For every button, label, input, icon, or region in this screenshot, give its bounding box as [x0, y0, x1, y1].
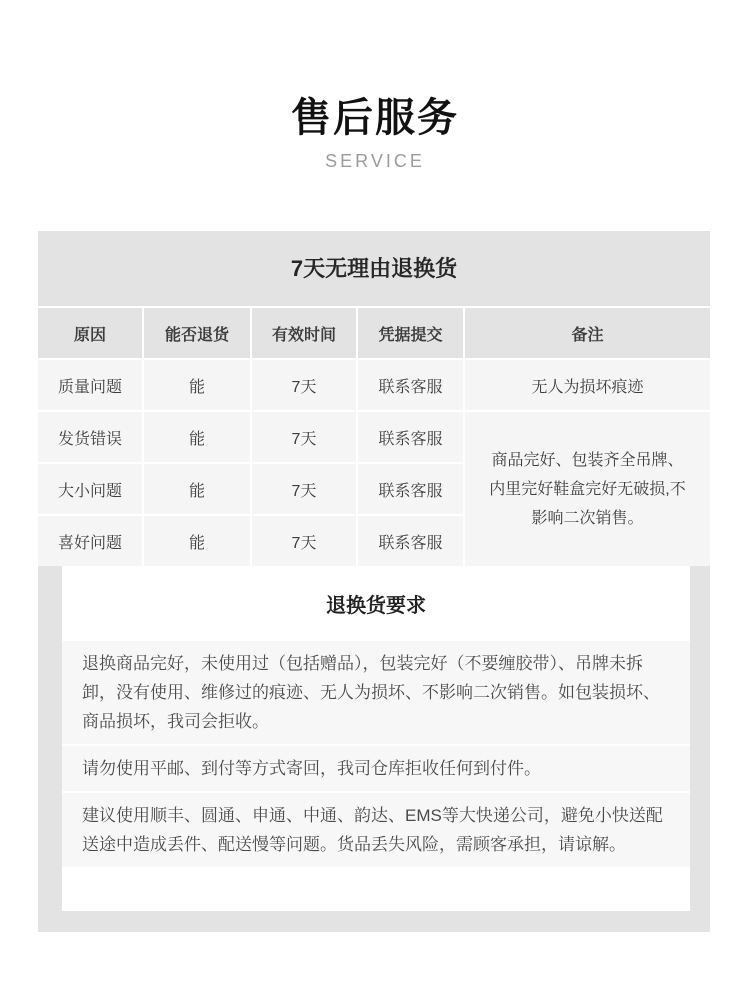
col-header-returnable: 能否退货 — [144, 308, 250, 358]
requirement-item: 建议使用顺丰、圆通、申通、中通、韵达、EMS等大快递公司，避免小快送配送途中造成… — [62, 793, 690, 867]
cell-reason: 发货错误 — [38, 412, 142, 462]
cell-returnable: 能 — [144, 516, 250, 566]
cell-valid-time: 7天 — [252, 360, 356, 410]
cell-valid-time: 7天 — [252, 464, 356, 514]
returns-table: 原因 能否退货 有效时间 凭据提交 备注 质量问题 能 7天 联系客服 无人为损… — [38, 306, 710, 566]
col-header-evidence: 凭据提交 — [358, 308, 463, 358]
page-subtitle: SERVICE — [0, 151, 750, 171]
cell-reason: 喜好问题 — [38, 516, 142, 566]
cell-returnable: 能 — [144, 464, 250, 514]
cell-valid-time: 7天 — [252, 516, 356, 566]
cell-evidence: 联系客服 — [358, 412, 463, 462]
cell-evidence: 联系客服 — [358, 360, 463, 410]
page-header: 售后服务 SERVICE — [0, 0, 750, 231]
requirements-title: 退换货要求 — [62, 566, 690, 641]
cell-reason: 大小问题 — [38, 464, 142, 514]
col-header-valid-time: 有效时间 — [252, 308, 356, 358]
returns-panel: 7天无理由退换货 原因 能否退货 有效时间 凭据提交 备注 质量问题 能 7天 … — [38, 231, 710, 932]
cell-valid-time: 7天 — [252, 412, 356, 462]
cell-evidence: 联系客服 — [358, 464, 463, 514]
cell-returnable: 能 — [144, 360, 250, 410]
requirement-item: 请勿使用平邮、到付等方式寄回，我司仓库拒收任何到付件。 — [62, 746, 690, 791]
cell-returnable: 能 — [144, 412, 250, 462]
requirements-box: 退换货要求 退换商品完好，未使用过（包括赠品），包装完好（不要缠胶带）、吊牌未拆… — [62, 566, 690, 911]
requirement-item: 退换商品完好，未使用过（包括赠品），包装完好（不要缠胶带）、吊牌未拆卸，没有使用… — [62, 641, 690, 744]
cell-evidence: 联系客服 — [358, 516, 463, 566]
page-title: 售后服务 — [0, 96, 750, 140]
returns-banner-title: 7天无理由退换货 — [38, 231, 710, 306]
col-header-reason: 原因 — [38, 308, 142, 358]
col-header-remark: 备注 — [465, 308, 710, 358]
cell-reason: 质量问题 — [38, 360, 142, 410]
cell-remark: 无人为损坏痕迹 — [465, 360, 710, 410]
cell-merged-remark: 商品完好、包装齐全吊牌、 内里完好鞋盒完好无破损,不 影响二次销售。 — [465, 412, 710, 566]
